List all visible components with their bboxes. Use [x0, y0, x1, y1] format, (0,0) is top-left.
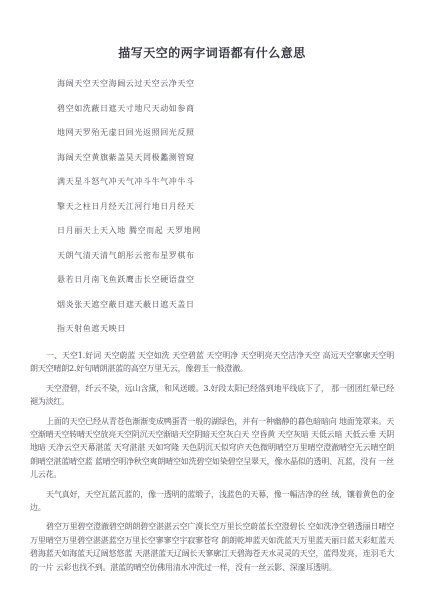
paragraph: 天气真好，天空瓦蓝瓦蓝的，像一透明的蓝缎子，浅蓝色的天幕，像一幅洁净的丝 绒，镶…: [30, 488, 394, 515]
paragraph: 一、天空1.好词 天空蔚蓝 天空如洗 天空碧蓝 天空明净 天空明亮天空洁净天空 …: [30, 349, 394, 376]
paragraph: 上面的天空已经从青苍色渐渐变成鸭蛋青一般的湖绿色，并有一种幽静的暮色暗暗向 地面…: [30, 415, 394, 482]
word-line: 烟炎张天遮空蔽日遮天蔽日遮天盖日: [57, 299, 394, 310]
word-line: 日月丽天上天入地 腾空而起 天罗地网: [57, 225, 394, 236]
word-line: 地网天罗殆无虚日回光返照回光反照: [57, 127, 394, 138]
word-line: 满天星斗怒气冲天气冲斗牛气冲牛斗: [57, 176, 394, 187]
document-page: 描写天空的两字词语都有什么意思 海阔天空天空海阔云过天空云净天空 碧空如洗蔽日遮…: [0, 0, 424, 600]
word-line: 碧空如洗蔽日遮天寸地尺天动如参商: [57, 103, 394, 114]
word-line: 擎天之柱日月经天江河行地日月经天: [57, 201, 394, 212]
word-line: 悬若日月南飞鱼跃鹰击长空硬语盘空: [57, 274, 394, 285]
word-line: 海阔天空天空海阔云过天空云净天空: [57, 78, 394, 89]
word-line: 海阔天空黄旗紫盖昊天罔极蠡测管窥: [57, 152, 394, 163]
word-line: 天朗气清天清气朗彤云密布星罗棋布: [57, 250, 394, 261]
word-list: 海阔天空天空海阔云过天空云净天空 碧空如洗蔽日遮天寸地尺天动如参商 地网天罗殆无…: [30, 78, 394, 334]
page-title: 描写天空的两字词语都有什么意思: [30, 44, 394, 61]
paragraph: 天空澄碧，纤云不染，远山含黛，和风送暖。3.好段太阳已经落到地平线底下了， 那一…: [30, 382, 394, 409]
word-line: 指天射鱼遮天映日: [57, 323, 394, 334]
paragraph: 碧空万里碧空澄澈碧空朗朗碧空湛湛云空广漠长空万里长空蔚蓝长空澄碧长 空如洗净空碧…: [30, 520, 394, 574]
body-paragraphs: 一、天空1.好词 天空蔚蓝 天空如洗 天空碧蓝 天空明净 天空明亮天空洁净天空 …: [30, 349, 394, 574]
